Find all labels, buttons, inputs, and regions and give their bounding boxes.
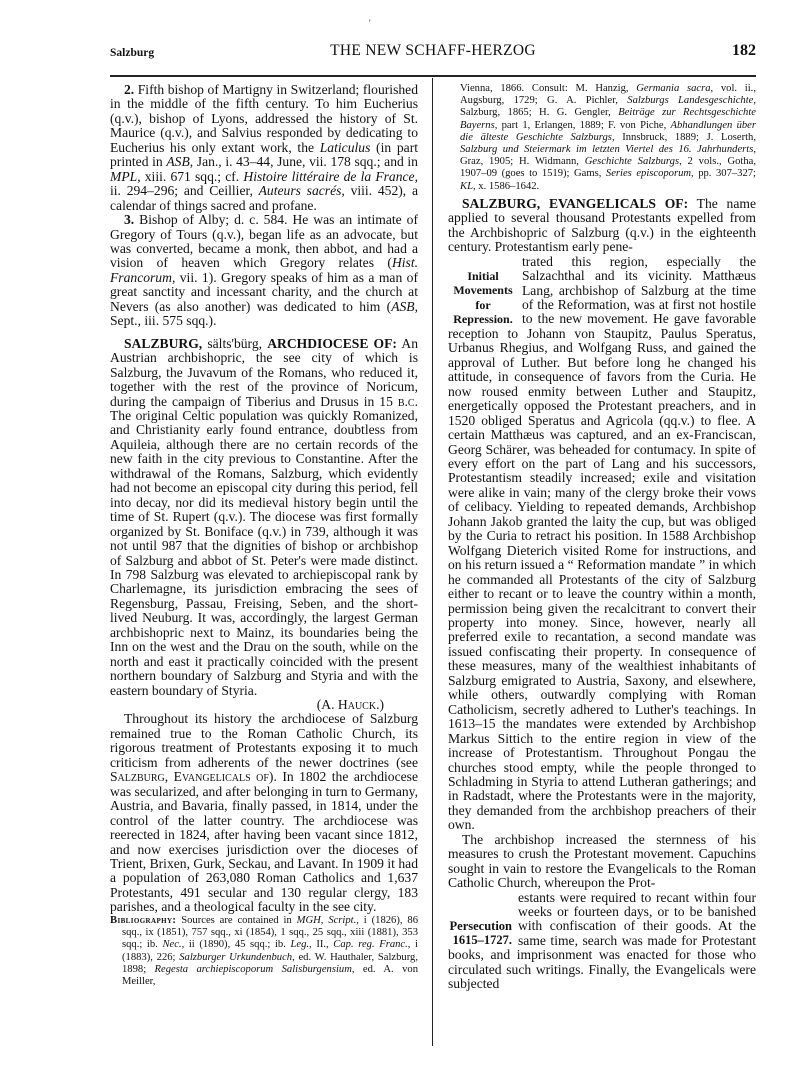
entry-number: 3. [124, 212, 134, 227]
bibliography-label: Bibliography: [110, 915, 176, 926]
entry-number: 2. [124, 82, 134, 97]
entry-salzburg-archdiocese: SALZBURG, sälts'bürg, ARCHDIOCESE OF: An… [110, 337, 418, 698]
column-divider [432, 78, 433, 1046]
entry-salvius-3: 3. Bishop of Alby; d. c. 584. He was an … [110, 213, 418, 329]
sidenote-persecution: Persecution 1615–1727. [448, 919, 512, 948]
right-column: Vienna, 1866. Consult: M. Hanzig, German… [448, 83, 756, 992]
evangelicals-paragraph-1: trated this region, especially the Salza… [448, 255, 756, 833]
headword-suffix: ARCHDIOCESE OF: [267, 336, 397, 351]
header-rule [110, 75, 756, 77]
archdiocese-paragraph-2: Throughout its history the archdiocese o… [110, 712, 418, 914]
running-header: Salzburg THE NEW SCHAFF-HERZOG 182 [110, 40, 756, 70]
bibliography-continued: Vienna, 1866. Consult: M. Hanzig, German… [448, 83, 756, 193]
entry-salzburg-evangelicals: SALZBURG, EVANGELICALS OF: The name appl… [448, 197, 756, 255]
left-column: 2. Fifth bishop of Martigny in Switzerla… [110, 83, 418, 989]
headword: SALZBURG, EVANGELICALS OF: [462, 196, 688, 211]
evangelicals-paragraph-2: The archbishop increased the sternness o… [448, 833, 756, 891]
bibliography: Bibliography: Sources are contained in M… [110, 915, 418, 989]
cross-reference-link[interactable]: Salzburg, Evangelicals of [110, 769, 269, 784]
page-number: 182 [732, 42, 756, 60]
sidenote-initial-movements: Initial Movements for Repression. [448, 269, 518, 327]
printer-mark: ' [369, 18, 371, 28]
headword: SALZBURG, [124, 336, 202, 351]
running-head-title: THE NEW SCHAFF-HERZOG [110, 42, 756, 60]
pronunciation: sälts'bürg, [202, 336, 267, 351]
author-signature: (A. Hauck.) [110, 698, 418, 712]
entry-salvius-2: 2. Fifth bishop of Martigny in Switzerla… [110, 83, 418, 213]
